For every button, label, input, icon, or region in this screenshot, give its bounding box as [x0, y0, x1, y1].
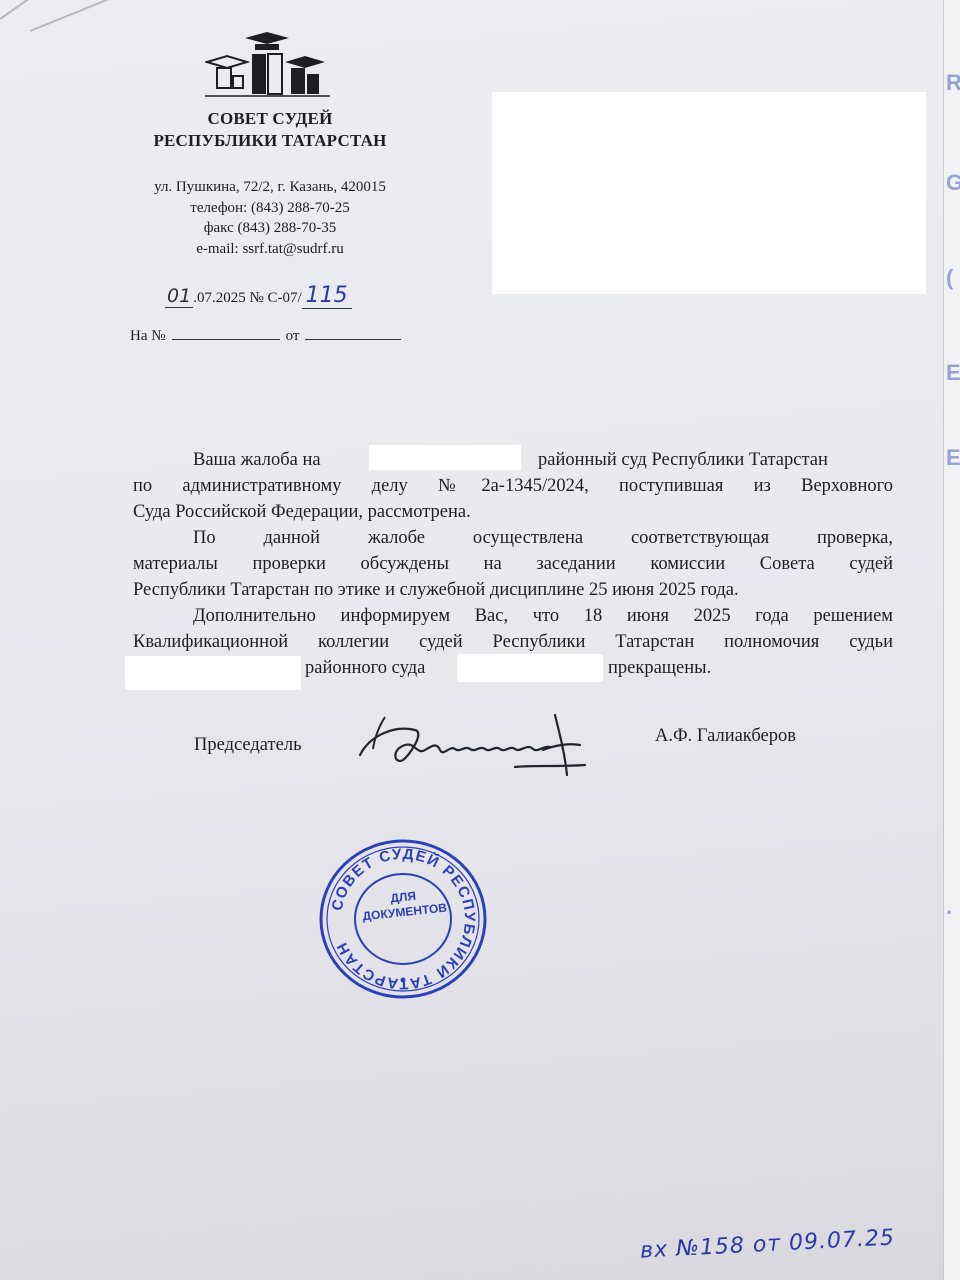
edge-mark: R	[946, 70, 960, 96]
judges-emblem-icon	[205, 30, 335, 102]
reply-reference: На № от	[130, 327, 401, 345]
text: Ваша жалоба на	[193, 447, 321, 473]
organization-name: СОВЕТ СУДЕЙ РЕСПУБЛИКИ ТАТАРСТАН	[120, 108, 420, 152]
text: прекращены.	[608, 655, 711, 681]
reply-date-blank	[305, 327, 401, 340]
reply-number-blank	[172, 327, 280, 340]
paragraph-1-line-3: Суда Российской Федерации, рассмотрена.	[133, 499, 893, 525]
paragraph-2-line-1: По данной жалобе осуществлена соответств…	[193, 525, 893, 551]
fax: факс (843) 288-70-35	[110, 218, 430, 239]
address: ул. Пушкина, 72/2, г. Казань, 420015	[110, 177, 430, 198]
edge-mark: (	[946, 265, 953, 291]
paragraph-2-line-3: Республики Татарстан по этике и служебно…	[133, 577, 893, 603]
judge-name-redaction	[125, 656, 301, 690]
paragraph-3-line-1: Дополнительно информируем Вас, что 18 ию…	[193, 603, 893, 629]
contact-block: ул. Пушкина, 72/2, г. Казань, 420015 тел…	[110, 177, 430, 259]
edge-mark: G	[946, 170, 960, 196]
org-line-1: СОВЕТ СУДЕЙ	[120, 108, 420, 130]
paragraph-2-line-2: материалы проверки обсуждены на заседани…	[133, 551, 893, 577]
signatory-name: А.Ф. Галиакберов	[655, 726, 796, 747]
handwritten-number: 115	[302, 283, 352, 309]
recipient-redaction	[492, 92, 926, 294]
text: районный суд Республики Татарстан	[538, 447, 828, 473]
edge-mark: E	[946, 360, 960, 386]
edge-mark: ·	[946, 900, 953, 926]
reply-from-label: от	[286, 328, 300, 345]
edge-mark: E	[946, 445, 960, 471]
paragraph-1-line-2: по административному делу №2а-1345/2024,…	[133, 473, 893, 499]
reply-prefix: На №	[130, 328, 166, 345]
handwritten-signature-icon	[355, 705, 595, 790]
paragraph-3-line-2: Квалификационной коллегии судей Республи…	[133, 629, 893, 655]
date-and-prefix: .07.2025 № С-07/	[193, 290, 301, 307]
phone: телефон: (843) 288-70-25	[110, 198, 430, 219]
outgoing-reference: 01 .07.2025 № С-07/ 115	[165, 283, 352, 309]
court-name-redaction	[369, 445, 521, 470]
email: e-mail: ssrf.tat@sudrf.ru	[110, 239, 430, 260]
district-name-redaction	[457, 654, 603, 682]
signatory-title: Председатель	[194, 735, 302, 756]
org-line-2: РЕСПУБЛИКИ ТАТАРСТАН	[120, 130, 420, 152]
text: районного суда	[305, 655, 425, 681]
handwritten-day: 01	[165, 285, 193, 308]
